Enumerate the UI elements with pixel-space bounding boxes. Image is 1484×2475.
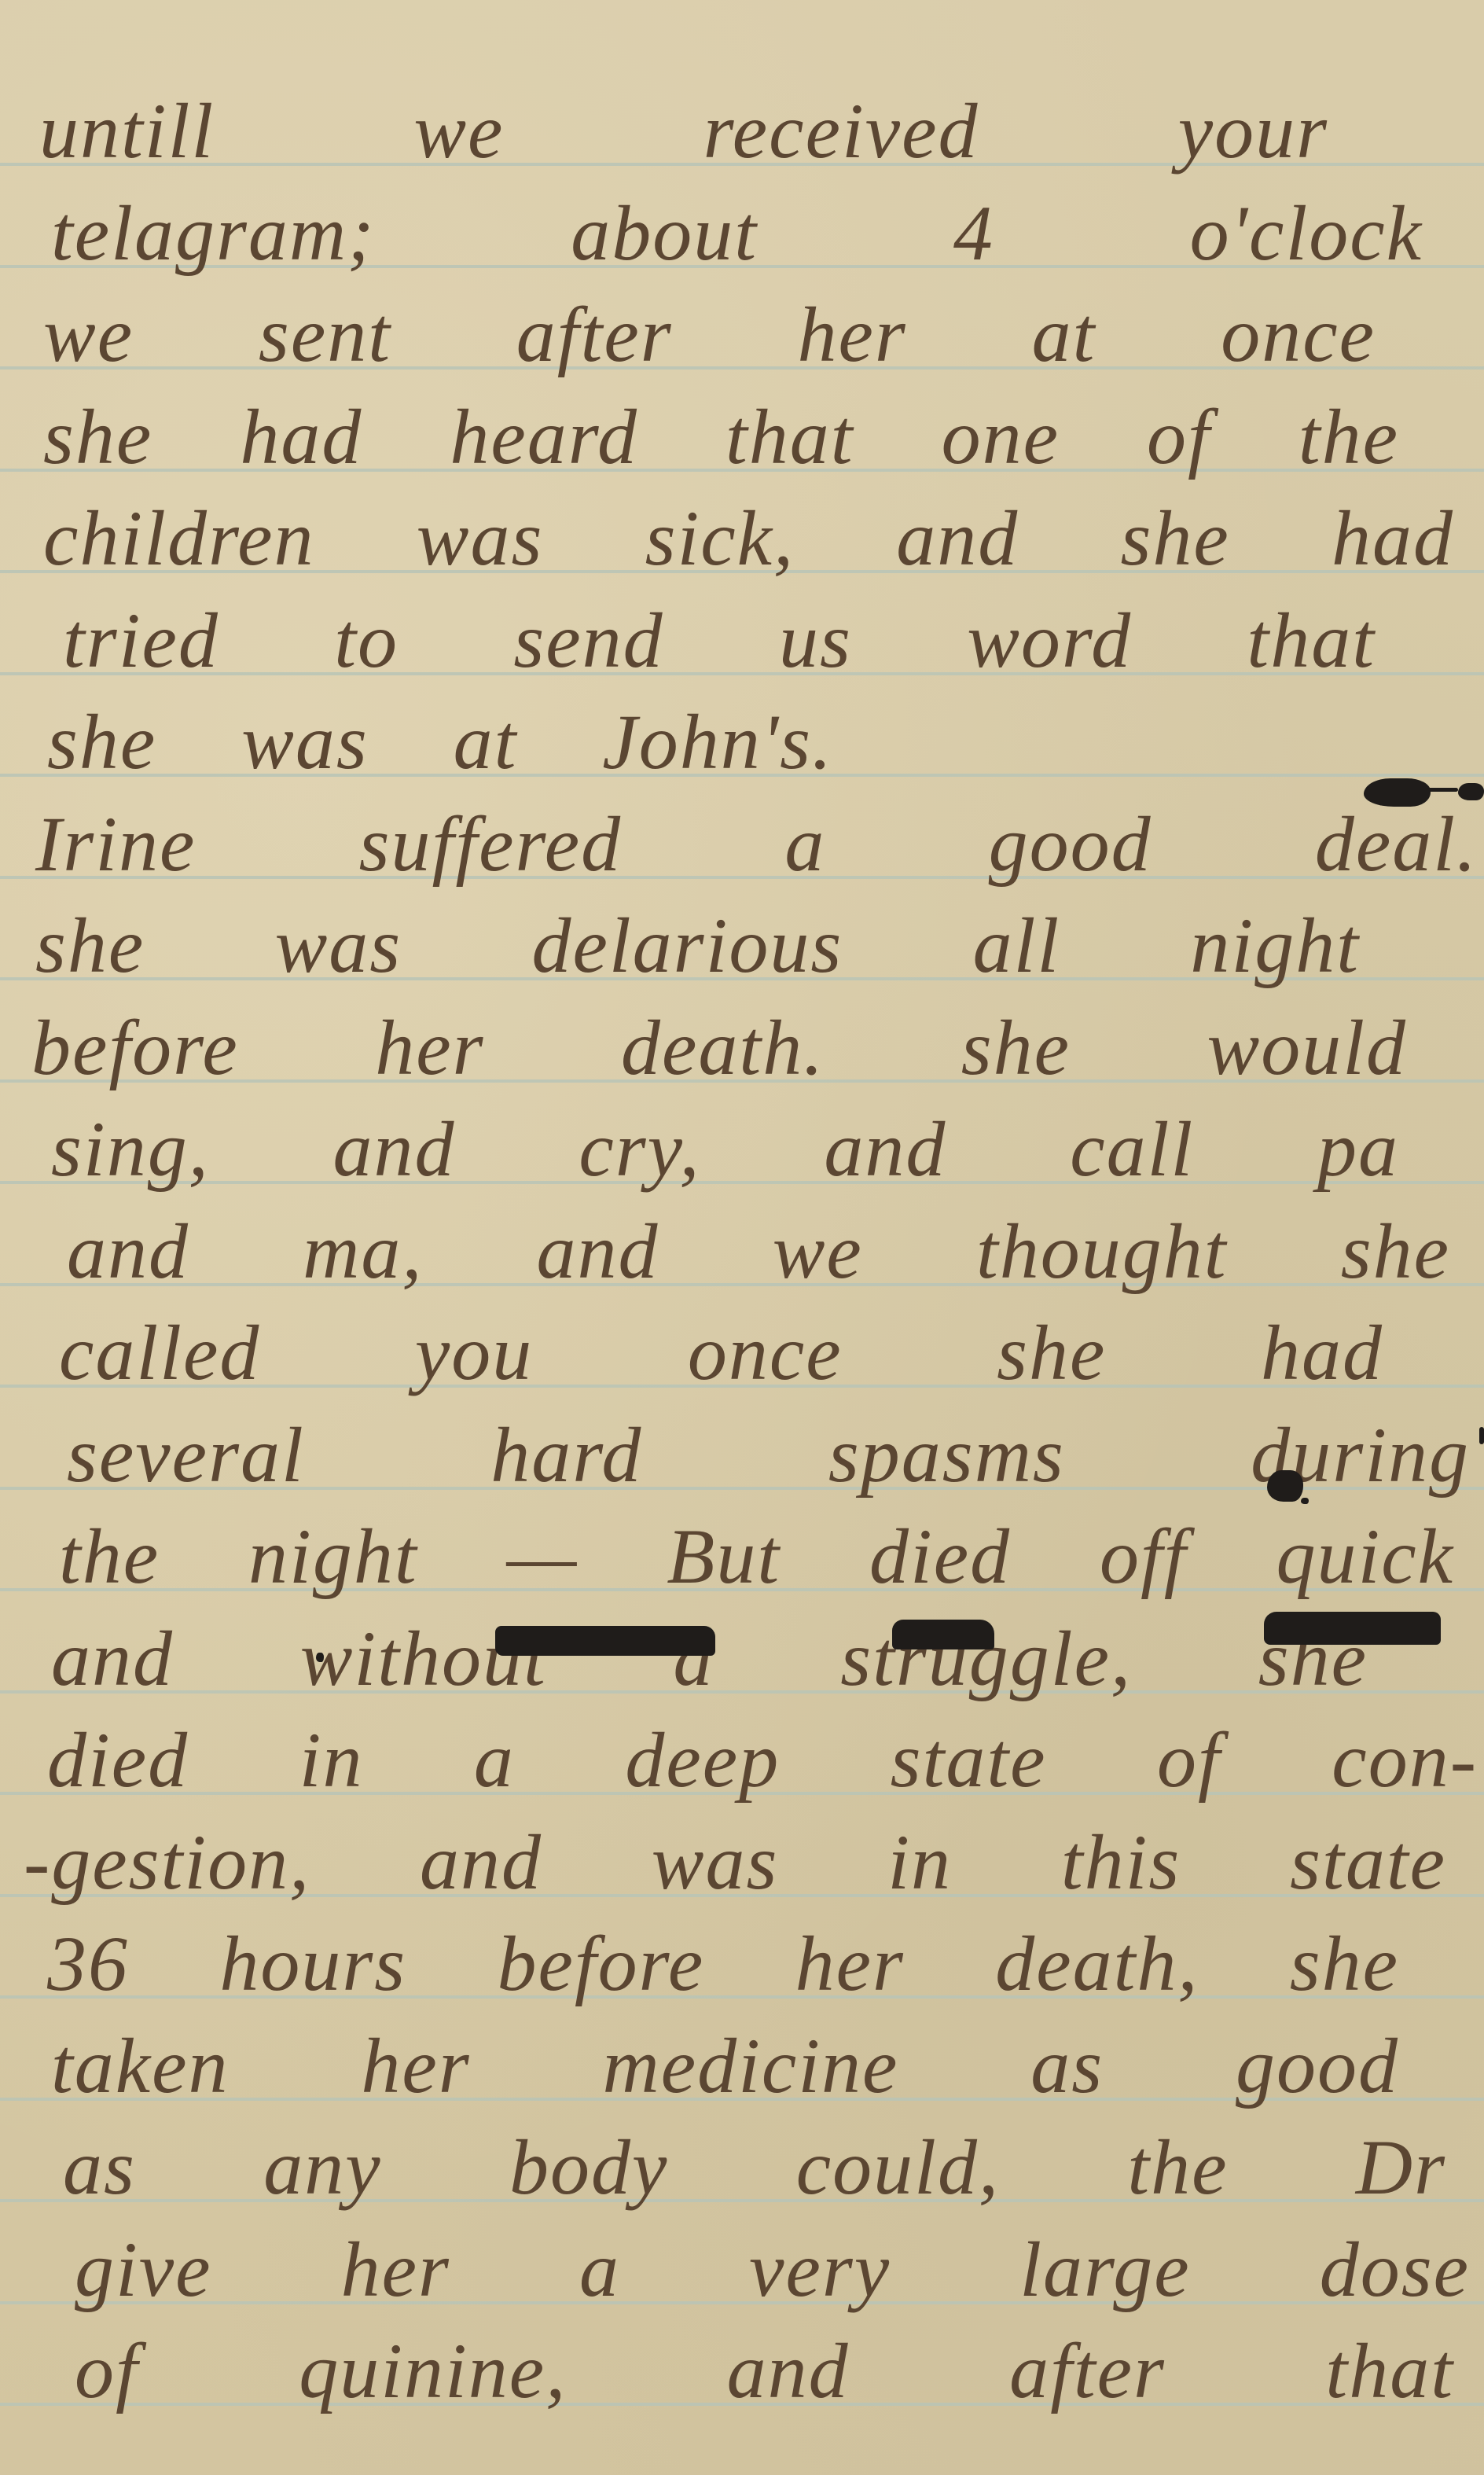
handwritten-line: taken her medicine as good xyxy=(51,2023,1399,2109)
handwritten-line: as any body could, the Dr xyxy=(63,2124,1446,2211)
handwritten-line: the night — But died off quick xyxy=(59,1513,1454,1600)
ink-blot xyxy=(892,1620,994,1649)
handwritten-line: called you once she had xyxy=(59,1310,1383,1396)
ink-blot xyxy=(1301,1498,1309,1504)
handwritten-line: give her a very large dose xyxy=(75,2227,1470,2313)
handwritten-line: and ma, and we thought she xyxy=(67,1208,1450,1295)
handwritten-line: -gestion, and was in this state xyxy=(24,1819,1446,1906)
ink-blot xyxy=(1427,788,1458,792)
ink-blot xyxy=(1479,1427,1484,1444)
ink-blot xyxy=(1267,1470,1303,1502)
ink-blot xyxy=(1364,778,1431,807)
ink-blot xyxy=(316,1653,324,1662)
handwritten-line: she had heard that one of the xyxy=(43,394,1399,480)
handwritten-line: died in a deep state of con- xyxy=(47,1717,1478,1804)
letter-page: untill we received your telagram; about … xyxy=(0,0,1484,2475)
ink-blot xyxy=(495,1626,715,1656)
handwritten-line: she was at John's. xyxy=(47,699,833,785)
handwritten-line: children was sick, and she had xyxy=(43,495,1454,582)
handwritten-line: several hard spasms during xyxy=(67,1412,1470,1499)
handwritten-line: we sent after her at once xyxy=(43,292,1376,378)
handwritten-line: Irine suffered a good deal. xyxy=(35,801,1478,888)
handwritten-line: before her death. she would xyxy=(31,1005,1407,1091)
handwritten-line: sing, and cry, and call pa xyxy=(51,1106,1399,1193)
ink-blot xyxy=(1264,1612,1441,1645)
handwritten-line: telagram; about 4 o'clock xyxy=(51,190,1423,277)
ink-blot xyxy=(1458,783,1484,800)
handwritten-line: tried to send us word that xyxy=(63,598,1376,684)
handwritten-line: untill we received your xyxy=(39,88,1328,175)
handwritten-line: 36 hours before her death, she xyxy=(47,1921,1399,2007)
handwritten-line: she was delarious all night xyxy=(35,903,1360,989)
handwritten-line: of quinine, and after that xyxy=(75,2328,1454,2414)
